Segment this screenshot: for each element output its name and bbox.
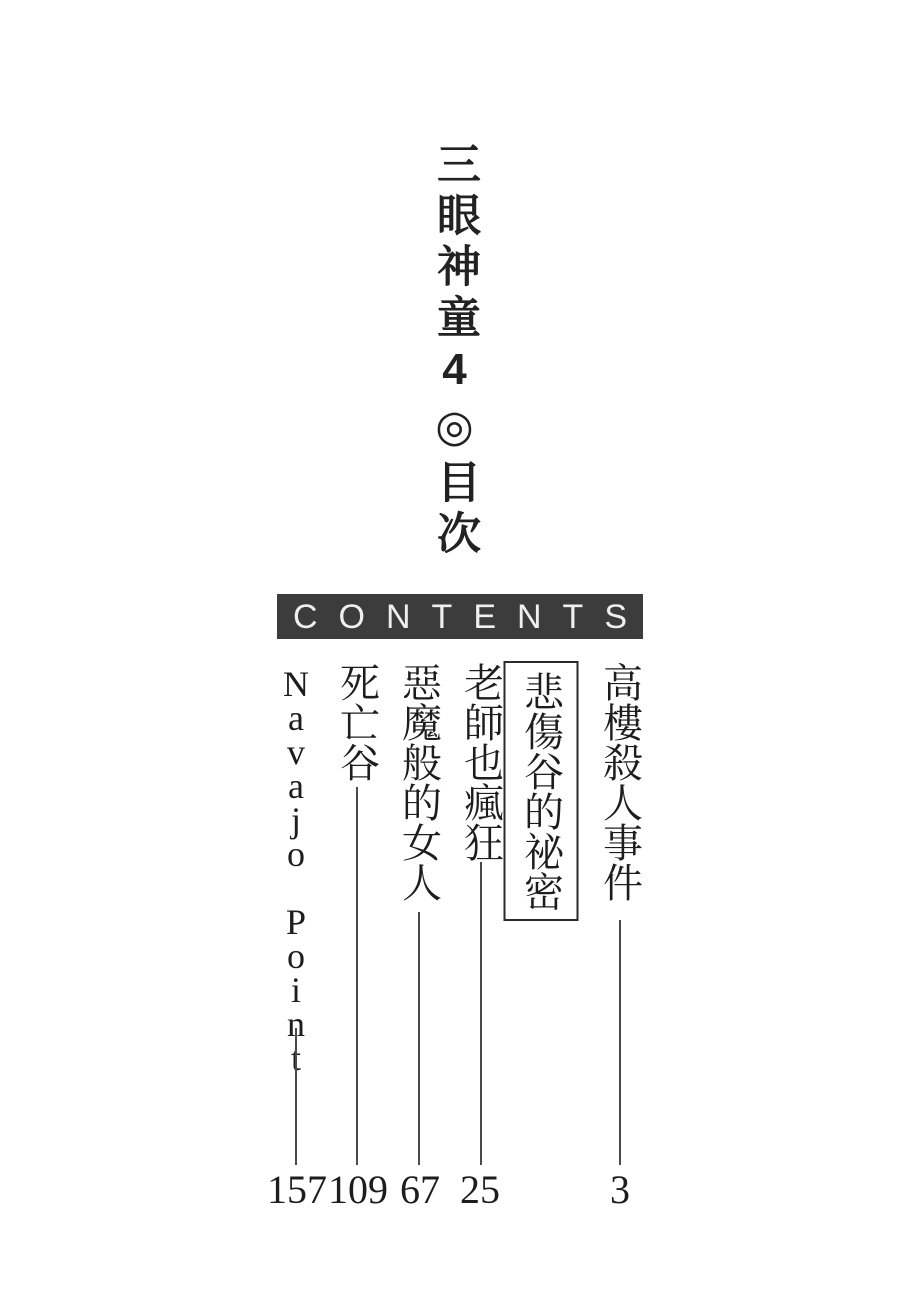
page-number-teacher-goes-crazy: 25: [460, 1170, 500, 1210]
toc-page: 三眼神童4◎目次 CONTENTS 高樓殺人事件 悲傷谷的祕密 老師也瘋狂 惡魔…: [0, 0, 898, 1300]
toc-entry-title-teacher-goes-crazy: 老師也瘋狂: [453, 662, 510, 862]
toc-entry-title-sorrow-valley-secret-boxed: 悲傷谷的祕密: [504, 661, 579, 921]
leader-line-highrise-murder: [619, 920, 621, 1165]
leader-line-devilish-woman: [418, 912, 420, 1165]
leader-line-death-valley: [356, 787, 358, 1165]
toc-entry-title-navajo-point: Navajo Point: [275, 664, 317, 1072]
toc-entry-title-death-valley: 死亡谷: [329, 662, 386, 782]
contents-banner: CONTENTS: [277, 594, 643, 639]
leader-line-navajo-point: [295, 1028, 297, 1165]
toc-entry-title-devilish-woman: 惡魔般的女人: [391, 662, 448, 902]
toc-entry-title-highrise-murder: 高樓殺人事件: [592, 662, 649, 902]
contents-banner-label: CONTENTS: [272, 600, 648, 634]
book-title-vertical: 三眼神童4◎目次: [422, 141, 486, 561]
page-number-navajo-point: 157: [267, 1170, 327, 1210]
page-number-death-valley: 109: [328, 1170, 388, 1210]
page-number-devilish-woman: 67: [400, 1170, 440, 1210]
leader-line-teacher-goes-crazy: [480, 862, 482, 1165]
page-number-highrise-murder: 3: [610, 1170, 630, 1210]
